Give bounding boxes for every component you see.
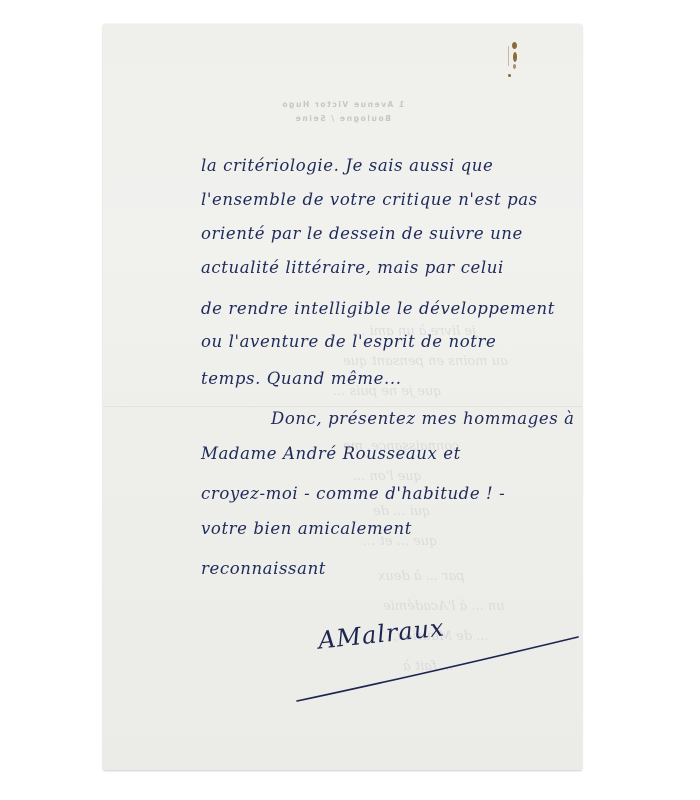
letter-line: votre bien amicalement <box>201 519 412 538</box>
letter-line: Madame André Rousseaux et <box>201 444 461 463</box>
letter-sheet: 1 Avenue Victor Hugo Boulogne / Seine je… <box>103 24 582 770</box>
letterhead-mirrored: 1 Avenue Victor Hugo Boulogne / Seine <box>103 98 582 126</box>
bleed-through: que l'on ... <box>353 469 422 484</box>
letter-line: temps. Quand même... <box>201 369 402 388</box>
letter-line: actualité littéraire, mais par celui <box>201 258 504 277</box>
page: 1 Avenue Victor Hugo Boulogne / Seine je… <box>0 0 700 800</box>
letter-line: Donc, présentez mes hommages à <box>271 409 575 428</box>
bleed-through: un ... à l'Académie <box>383 599 505 614</box>
bleed-through: au moins en pensant que <box>343 354 508 369</box>
letter-line: la critériologie. Je sais aussi que <box>201 156 493 175</box>
fold-crease <box>103 405 582 407</box>
letter-line: ou l'aventure de l'esprit de notre <box>201 332 496 351</box>
letter-line: reconnaissant <box>201 559 326 578</box>
letterhead-line-1: 1 Avenue Victor Hugo <box>103 98 582 112</box>
letterhead-line-2: Boulogne / Seine <box>103 112 582 126</box>
rust-stain <box>508 36 518 88</box>
letter-line: l'ensemble de votre critique n'est pas <box>201 190 538 209</box>
bleed-through: qui ... de <box>373 504 431 519</box>
letter-line: de rendre intelligible le développement <box>201 299 555 318</box>
letter-line: orienté par le dessein de suivre une <box>201 224 523 243</box>
bleed-through: par ... à deux <box>378 569 465 584</box>
signature-flourish <box>283 629 582 709</box>
letter-line: croyez-moi - comme d'habitude ! - <box>201 484 505 503</box>
